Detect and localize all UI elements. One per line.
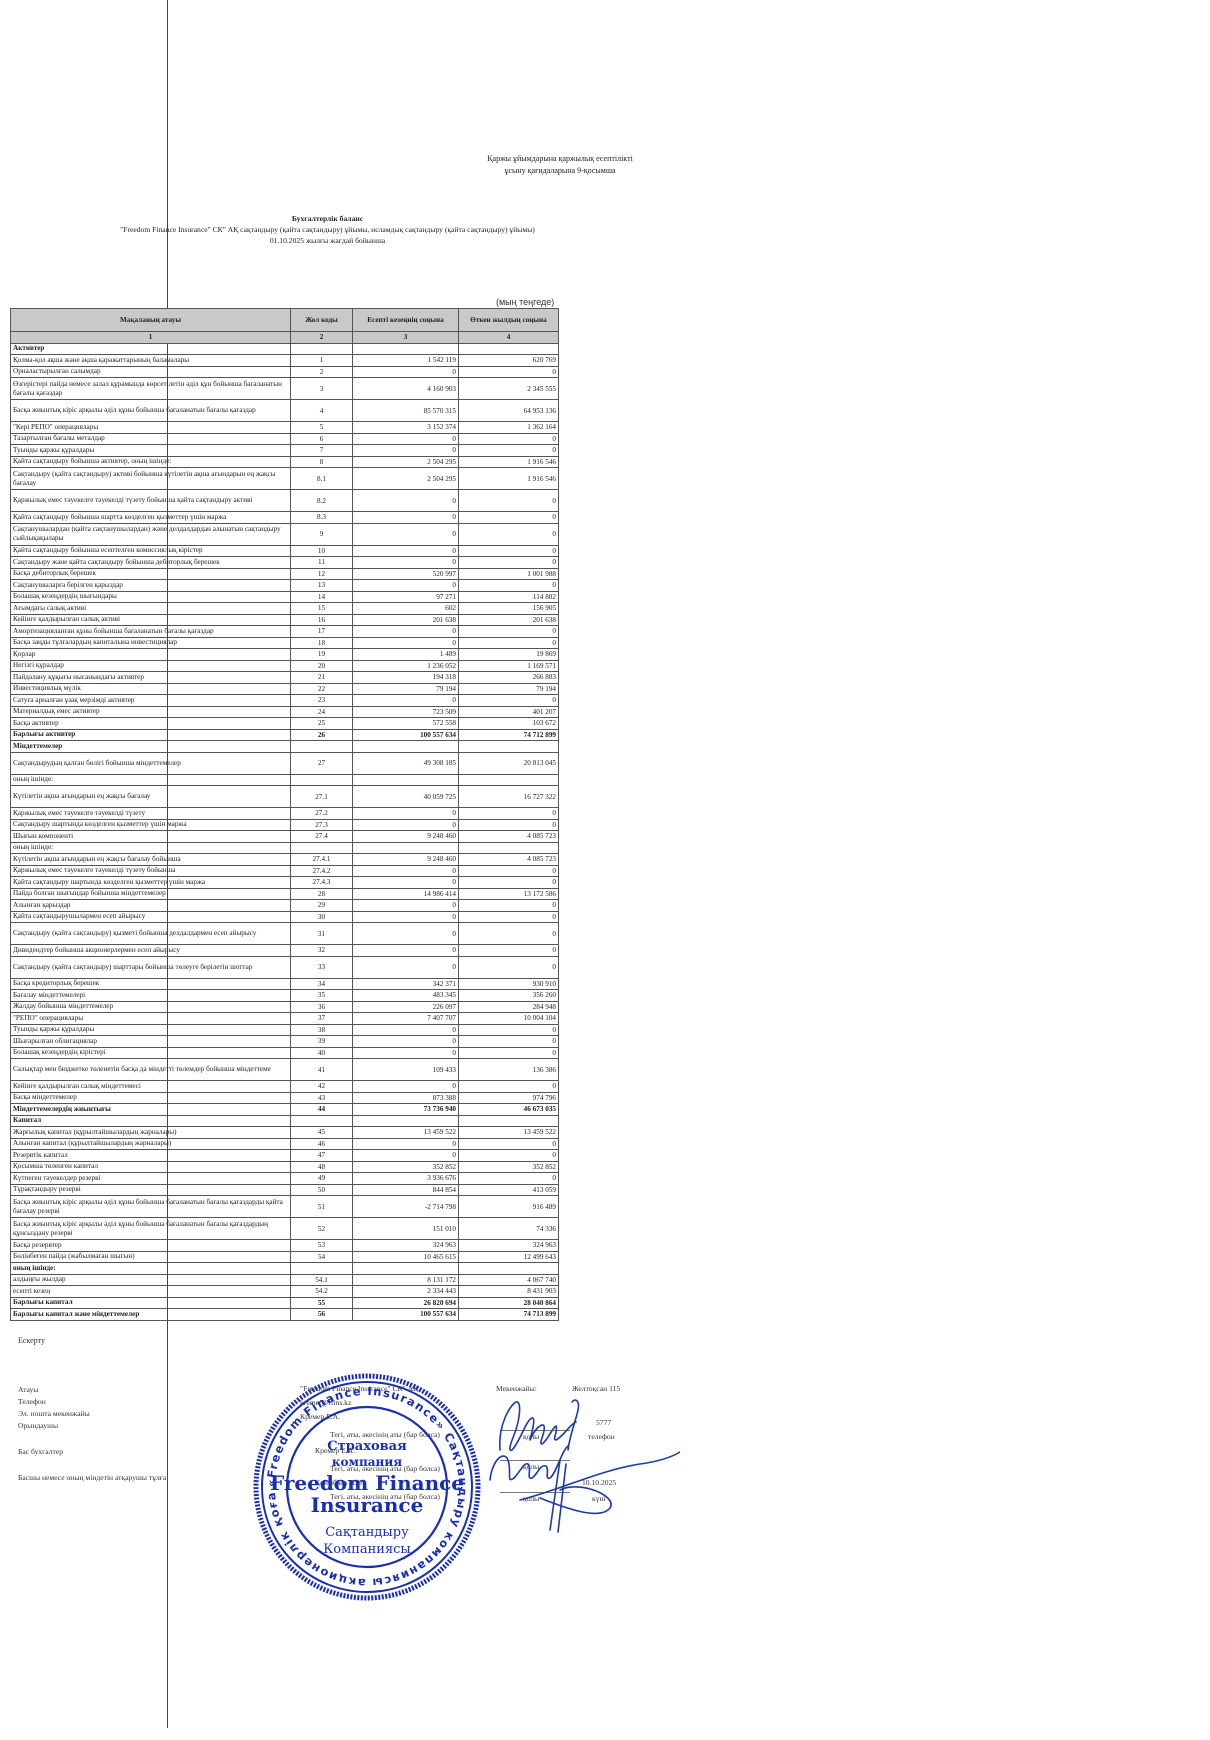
row-code [291,1115,353,1127]
row-previous-value: 28 040 864 [459,1297,559,1309]
row-previous-value: 284 948 [459,1001,559,1013]
row-name: Басқа жиынтық кіріс арқылы әділ құны бой… [11,400,291,422]
row-code: 35 [291,990,353,1002]
row-name: Басқа дебиторлық берешек [11,568,291,580]
row-current-value: 79 194 [353,683,459,695]
stamp-en-line-2: Insurance [311,1493,424,1517]
row-code: 55 [291,1297,353,1309]
row-name: Өзгерістері пайда немесе залал құрамында… [11,378,291,400]
row-previous-value: 0 [459,1047,559,1059]
table-row: Басқа дебиторлық берешек12520 9971 001 9… [11,568,559,580]
row-previous-value: 0 [459,626,559,638]
row-current-value: 1 542 119 [353,355,459,367]
table-row: Алынған қарыздар2900 [11,900,559,912]
table-row: Сақтандыру (қайта сақтандыру) қызметі бо… [11,923,559,945]
row-name: Сақтанушылардан (қайта сақтанушылардан) … [11,523,291,545]
row-code: 36 [291,1001,353,1013]
table-row: Басқа міндеттемелер43873 388974 796 [11,1092,559,1104]
stamp-ru-line-2: компания [332,1455,402,1469]
row-code: 27.2 [291,808,353,820]
row-name: Басқа міндеттемелер [11,1092,291,1104]
row-previous-value: 201 638 [459,614,559,626]
footer-labels: Атауы Телефон Эл. пошта мекенжайы Орында… [18,1384,166,1484]
row-previous-value: 156 905 [459,603,559,615]
row-name: Пайда болған шығындар бойынша міндеттеме… [11,888,291,900]
table-row: Болашақ кезеңдердің кірістері4000 [11,1047,559,1059]
table-row: "РЕПО" операциялары377 407 70710 004 104 [11,1013,559,1025]
row-current-value: 0 [353,819,459,831]
row-code: 8.3 [291,512,353,524]
row-name: Басқа жиынтық кіріс арқылы әділ құны бой… [11,1196,291,1218]
row-previous-value: 136 386 [459,1059,559,1081]
row-previous-value: 352 852 [459,1161,559,1173]
row-name: Сақтанушыларға берілген қарыздар [11,580,291,592]
table-row: Резервтік капитал4700 [11,1150,559,1162]
appendix-note: Қаржы ұйымдарына қаржылық есептілікті ұс… [470,153,650,177]
stamp-kz-line: Сақтандыру [325,1525,409,1540]
row-name: Туынды қаржы құралдары [11,1024,291,1036]
table-row: Кейінге қалдырылған салық активі16201 63… [11,614,559,626]
row-name: Басқа жиынтық кіріс арқылы әділ құны бой… [11,1218,291,1240]
row-previous-value: 974 796 [459,1092,559,1104]
row-name: Бөлінбеген пайда (жабылмаған шығын) [11,1251,291,1263]
row-name: Міндеттемелердің жиынтығы [11,1104,291,1116]
row-previous-value: 114 802 [459,591,559,603]
row-current-value: 97 271 [353,591,459,603]
table-row: Негізгі құралдар201 236 0521 169 571 [11,660,559,672]
row-current-value: 342 371 [353,978,459,990]
col-header-name: Мақаланың атауы [11,309,291,332]
row-code: 17 [291,626,353,638]
row-name: Активтер [11,343,291,355]
row-code: 2 [291,366,353,378]
row-current-value: 0 [353,900,459,912]
table-row: Сақтандыру (қайта сақтандыру) активі бой… [11,468,559,490]
row-code: 22 [291,683,353,695]
row-code: 27.4.3 [291,877,353,889]
row-current-value: 0 [353,523,459,545]
row-previous-value [459,842,559,854]
table-row: Активтер [11,343,559,355]
table-row: Сақтандыру (қайта сақтандыру) шарттары б… [11,956,559,978]
row-previous-value: 0 [459,637,559,649]
row-name: Болашақ кезеңдердің шығындары [11,591,291,603]
row-previous-value: 0 [459,1150,559,1162]
table-row: Қайта сақтандыру бойынша активтер, оның … [11,456,559,468]
table-row: Ағымдағы салық активі15602156 905 [11,603,559,615]
row-current-value: 0 [353,626,459,638]
row-name: Барлығы активтер [11,729,291,741]
table-row: Күтілетін ақша ағындарын ең жақсы бағала… [11,786,559,808]
label-executor: Орындаушы [18,1420,166,1432]
row-current-value: 0 [353,945,459,957]
col-header-previous: Өткен жылдың соңына [459,309,559,332]
row-current-value: 0 [353,1047,459,1059]
table-row: Материалдық емес активтер24723 509401 20… [11,706,559,718]
table-row: Амортизацияланған құны бойынша бағаланат… [11,626,559,638]
label-phone: Телефон [18,1396,166,1408]
table-row: Қайта сақтандырушылармен есеп айырысу300… [11,911,559,923]
row-name: Сақтандыру (қайта сақтандыру) шарттары б… [11,956,291,978]
row-previous-value: 356 260 [459,990,559,1002]
row-code: 27.4.2 [291,865,353,877]
table-row: Қолма-қол ақша және ақша қаражаттарының … [11,355,559,367]
row-code: 33 [291,956,353,978]
row-code: 27 [291,752,353,774]
document-title-block: Бухгалтерлік баланс "Freedom Finance Ins… [90,213,565,246]
row-name: оның ішінде: [11,842,291,854]
row-previous-value: 12 499 643 [459,1251,559,1263]
row-code: 9 [291,523,353,545]
row-current-value: 483 345 [353,990,459,1002]
row-previous-value: 4 067 740 [459,1274,559,1286]
row-current-value: 0 [353,923,459,945]
row-previous-value: 0 [459,545,559,557]
row-previous-value: 0 [459,445,559,457]
row-current-value: 0 [353,865,459,877]
table-row: оның ішінде: [11,774,559,786]
row-current-value: 40 059 725 [353,786,459,808]
row-previous-value [459,1263,559,1275]
table-row: Тұрақтандыру резерві50844 854413 059 [11,1184,559,1196]
row-code: 5 [291,422,353,434]
row-current-value: 194 318 [353,672,459,684]
row-name: Қорлар [11,649,291,661]
row-previous-value: 266 883 [459,672,559,684]
row-current-value: 0 [353,1036,459,1048]
row-current-value: 7 407 707 [353,1013,459,1025]
table-row: Пайда болған шығындар бойынша міндеттеме… [11,888,559,900]
row-current-value [353,774,459,786]
row-previous-value: 0 [459,877,559,889]
table-row: Туынды қаржы құралдары700 [11,445,559,457]
row-previous-value [459,741,559,753]
table-row: Қайта сақтандыру бойынша шартта көзделге… [11,512,559,524]
table-row: Сақтанушылардан (қайта сақтанушылардан) … [11,523,559,545]
row-code: 48 [291,1161,353,1173]
table-row: Сақтанушыларға берілген қарыздар1300 [11,580,559,592]
table-row: Жалдау бойынша міндеттемелер36226 097284… [11,1001,559,1013]
table-row: Шығарылған облигациялар3900 [11,1036,559,1048]
row-current-value [353,1115,459,1127]
table-row: Басқа жиынтық кіріс арқылы әділ құны бой… [11,1218,559,1240]
row-code [291,774,353,786]
row-name: Жарғылық капитал (құрылтайшылардың жарна… [11,1127,291,1139]
row-name: оның ішінде: [11,1263,291,1275]
row-current-value: 0 [353,512,459,524]
table-row: Кейінге қалдырылған салық міндеттемесі42… [11,1081,559,1093]
stamp-kz-line-2: Компаниясы [323,1542,411,1557]
row-previous-value: 0 [459,900,559,912]
table-row: Басқа жиынтық кіріс арқылы әділ құны бой… [11,400,559,422]
row-previous-value: 916 489 [459,1196,559,1218]
row-code: 19 [291,649,353,661]
row-current-value: 100 557 634 [353,729,459,741]
row-name: "Кері РЕПО" операциялары [11,422,291,434]
row-current-value: 226 097 [353,1001,459,1013]
row-previous-value: 20 813 045 [459,752,559,774]
col-number-3: 3 [353,332,459,344]
row-previous-value: 0 [459,923,559,945]
row-previous-value: 1 916 546 [459,456,559,468]
row-code: 6 [291,433,353,445]
row-code: 54.1 [291,1274,353,1286]
row-code: 8.2 [291,490,353,512]
row-code: 11 [291,557,353,569]
row-name: Күтпеген тәуекелдер резерві [11,1173,291,1185]
row-name: Кейінге қалдырылған салық міндеттемесі [11,1081,291,1093]
row-name: Қаржылық емес тәуекелге тәуекелді түзету… [11,865,291,877]
table-row: Күтпеген тәуекелдер резерві493 936 6760 [11,1173,559,1185]
table-row: Қаржылық емес тәуекелге тәуекелді түзету… [11,865,559,877]
row-current-value: 4 160 903 [353,378,459,400]
row-previous-value: 0 [459,580,559,592]
row-current-value: 14 986 414 [353,888,459,900]
row-name: Жалдау бойынша міндеттемелер [11,1001,291,1013]
table-row: Қосымша төленген капитал48352 852352 852 [11,1161,559,1173]
row-name: Қайта сақтандыру бойынша есептелген коми… [11,545,291,557]
row-current-value: 2 504 295 [353,468,459,490]
appendix-line-1: Қаржы ұйымдарына қаржылық есептілікті [470,153,650,165]
row-code: 8.1 [291,468,353,490]
table-row: Міндеттемелер [11,741,559,753]
row-previous-value: 0 [459,1138,559,1150]
row-code: 50 [291,1184,353,1196]
table-row: Басқа заңды тұлғалардың капиталына инвес… [11,637,559,649]
row-code: 24 [291,706,353,718]
row-current-value: 73 736 940 [353,1104,459,1116]
document-title: Бухгалтерлік баланс [90,213,565,224]
row-current-value: 844 854 [353,1184,459,1196]
table-row: оның ішінде: [11,1263,559,1275]
table-row: Алынған капитал (құрылтайшылардың жарнал… [11,1138,559,1150]
row-previous-value: 13 172 586 [459,888,559,900]
row-code: 3 [291,378,353,400]
row-name: есепті кезең [11,1286,291,1298]
row-current-value: 723 509 [353,706,459,718]
row-previous-value: 103 672 [459,718,559,730]
row-code: 18 [291,637,353,649]
row-current-value: 8 131 172 [353,1274,459,1286]
row-previous-value [459,343,559,355]
row-code [291,741,353,753]
row-current-value: 0 [353,695,459,707]
row-current-value [353,343,459,355]
row-name: Тұрақтандыру резерві [11,1184,291,1196]
table-row: Қаржылық емес тәуекелге тәуекелді түзету… [11,490,559,512]
row-name: Сақтандыру шартында көзделген қызметтер … [11,819,291,831]
row-current-value [353,842,459,854]
row-current-value: 3 152 374 [353,422,459,434]
row-current-value: 0 [353,366,459,378]
row-previous-value: 16 727 322 [459,786,559,808]
row-current-value: 0 [353,877,459,889]
row-name: Болашақ кезеңдердің кірістері [11,1047,291,1059]
row-code: 44 [291,1104,353,1116]
row-previous-value [459,1115,559,1127]
table-row: Пайдалану құқығы нысанындағы активтер211… [11,672,559,684]
row-previous-value: 0 [459,433,559,445]
table-row: оның ішінде: [11,842,559,854]
row-name: Қолма-қол ақша және ақша қаражаттарының … [11,355,291,367]
row-current-value: 201 638 [353,614,459,626]
row-current-value: 324 963 [353,1240,459,1252]
label-name: Атауы [18,1384,166,1396]
row-code: 28 [291,888,353,900]
table-row: Барлығы активтер26100 557 63474 712 899 [11,729,559,741]
row-previous-value: 0 [459,695,559,707]
table-row: Қорлар191 48919 869 [11,649,559,661]
row-name: Негізгі құралдар [11,660,291,672]
row-current-value: 49 308 185 [353,752,459,774]
row-current-value: 0 [353,808,459,820]
row-code: 46 [291,1138,353,1150]
table-row: Қайта сақтандыру бойынша есептелген коми… [11,545,559,557]
row-name: Салықтар мен бюджетке төленетін басқа да… [11,1059,291,1081]
row-previous-value: 0 [459,1024,559,1036]
row-previous-value: 0 [459,956,559,978]
row-previous-value: 413 059 [459,1184,559,1196]
row-previous-value: 0 [459,945,559,957]
row-previous-value: 324 963 [459,1240,559,1252]
row-code: 14 [291,591,353,603]
row-name: Алынған қарыздар [11,900,291,912]
row-previous-value: 46 673 035 [459,1104,559,1116]
table-row: Болашақ кезеңдердің шығындары1497 271114… [11,591,559,603]
row-current-value: 0 [353,1150,459,1162]
row-name: Қосымша төленген капитал [11,1161,291,1173]
row-current-value: 1 489 [353,649,459,661]
row-code: 21 [291,672,353,684]
row-code: 51 [291,1196,353,1218]
row-previous-value: 1 916 546 [459,468,559,490]
row-current-value: -2 714 798 [353,1196,459,1218]
row-code: 52 [291,1218,353,1240]
row-code: 15 [291,603,353,615]
table-row: Басқа жиынтық кіріс арқылы әділ құны бой… [11,1196,559,1218]
row-current-value: 0 [353,1024,459,1036]
row-code [291,842,353,854]
row-name: Капитал [11,1115,291,1127]
row-previous-value [459,774,559,786]
row-name: Қайта сақтандыру шартында көзделген қызм… [11,877,291,889]
row-previous-value: 0 [459,808,559,820]
row-previous-value: 0 [459,490,559,512]
row-name: Инвестициялық мүлік [11,683,291,695]
row-previous-value: 0 [459,1036,559,1048]
row-name: Сақтандыру (қайта сақтандыру) қызметі бо… [11,923,291,945]
row-name: Шығарылған облигациялар [11,1036,291,1048]
row-name: Алынған капитал (құрылтайшылардың жарнал… [11,1138,291,1150]
row-previous-value: 10 004 104 [459,1013,559,1025]
row-current-value: 0 [353,545,459,557]
row-current-value: 151 010 [353,1218,459,1240]
row-name: Пайдалану құқығы нысанындағы активтер [11,672,291,684]
table-row: Салықтар мен бюджетке төленетін басқа да… [11,1059,559,1081]
table-row: Сақтандыру және қайта сақтандыру бойынша… [11,557,559,569]
row-code: 40 [291,1047,353,1059]
label-email: Эл. пошта мекенжайы [18,1408,166,1420]
row-previous-value: 19 869 [459,649,559,661]
row-code: 53 [291,1240,353,1252]
row-name: Кейінге қалдырылған салық активі [11,614,291,626]
col-number-2: 2 [291,332,353,344]
row-current-value: 10 465 615 [353,1251,459,1263]
col-header-code: Жол коды [291,309,353,332]
row-current-value: 0 [353,1081,459,1093]
table-row: Міндеттемелердің жиынтығы4473 736 94046 … [11,1104,559,1116]
row-previous-value: 930 910 [459,978,559,990]
table-row: Шығын компоненті27.49 248 4604 085 723 [11,831,559,843]
row-code [291,343,353,355]
row-current-value: 352 852 [353,1161,459,1173]
report-date: 01.10.2025 жылғы жағдай бойынша [90,235,565,246]
row-code: 42 [291,1081,353,1093]
row-name: Материалдық емес активтер [11,706,291,718]
row-current-value: 602 [353,603,459,615]
row-code: 27.1 [291,786,353,808]
row-name: Орналастырылған салымдар [11,366,291,378]
row-code: 32 [291,945,353,957]
row-name: Қайта сақтандыру бойынша активтер, оның … [11,456,291,468]
row-current-value: 0 [353,956,459,978]
row-current-value: 2 504 295 [353,456,459,468]
row-previous-value: 74 712 899 [459,729,559,741]
row-code: 26 [291,729,353,741]
stamp-en-line: Freedom Finance [270,1471,464,1495]
row-current-value: 0 [353,445,459,457]
row-current-value: 520 997 [353,568,459,580]
row-code: 41 [291,1059,353,1081]
row-name: Сақтандыру (қайта сақтандыру) активі бой… [11,468,291,490]
table-row: Басқа резервтер53324 963324 963 [11,1240,559,1252]
row-code: 30 [291,911,353,923]
row-previous-value: 74 713 899 [459,1309,559,1321]
document-subtitle: "Freedom Finance Insurance" СК" АҚ сақта… [90,224,565,235]
row-name: Амортизацияланған құны бойынша бағаланат… [11,626,291,638]
row-previous-value: 1 169 571 [459,660,559,672]
row-previous-value: 0 [459,911,559,923]
row-previous-value: 8 431 903 [459,1286,559,1298]
row-current-value: 2 334 443 [353,1286,459,1298]
row-code: 54.2 [291,1286,353,1298]
row-code: 43 [291,1092,353,1104]
row-code: 45 [291,1127,353,1139]
row-code: 25 [291,718,353,730]
row-previous-value: 620 769 [459,355,559,367]
row-name: Дивидендтер бойынша акционерлермен есеп … [11,945,291,957]
row-code: 38 [291,1024,353,1036]
table-row: Бағалау міндеттемелері35483 345356 260 [11,990,559,1002]
row-current-value: 85 570 315 [353,400,459,422]
row-code [291,1263,353,1275]
row-code: 20 [291,660,353,672]
col-number-4: 4 [459,332,559,344]
table-row: Өзгерістері пайда немесе залал құрамында… [11,378,559,400]
row-current-value: 26 820 694 [353,1297,459,1309]
balance-sheet-body: АктивтерҚолма-қол ақша және ақша қаражат… [11,343,559,1320]
row-name: Басқа кредиторлық берешек [11,978,291,990]
table-row: Қайта сақтандыру шартында көзделген қызм… [11,877,559,889]
row-name: Туынды қаржы құралдары [11,445,291,457]
row-current-value [353,1263,459,1275]
table-row: Туынды қаржы құралдары3800 [11,1024,559,1036]
row-previous-value: 1 001 988 [459,568,559,580]
row-code: 47 [291,1150,353,1162]
row-previous-value: 0 [459,819,559,831]
table-row: Басқа активтер25572 558103 672 [11,718,559,730]
row-previous-value: 0 [459,865,559,877]
